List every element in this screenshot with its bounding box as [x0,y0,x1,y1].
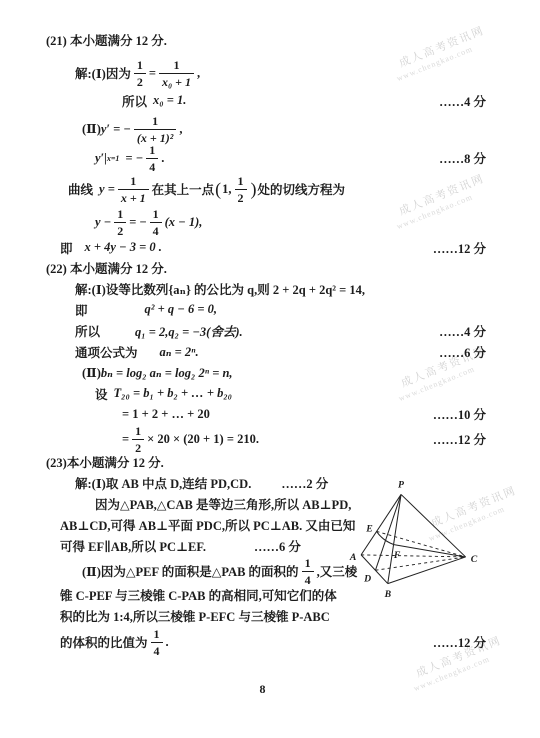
p21-l6-d: 1, [222,182,231,197]
p22-line-8: = 12 × 20 × (20 + 1) = 210. ……12 分 [122,426,486,452]
page-number: 8 [0,682,525,697]
p22-l2-text: 解:(Ⅰ)设等比数列{aₙ} 的公比为 q,则 2 + 2q + 2q² = 1… [75,280,365,298]
p21-l7-pre: y − [95,215,111,230]
score-marker-6: ……6 分 [439,343,486,361]
fraction: 12 [235,175,247,204]
p22-l7-label: 设 [95,385,108,403]
score-marker-8: ……8 分 [439,149,486,167]
p21-l2-post: , [197,66,200,81]
p22-l9-post: × 20 × (20 + 1) = 210. [147,432,259,447]
open-paren: ( [214,180,222,198]
score-marker-10: ……10 分 [433,405,486,423]
p21-l6-c: 在其上一点 [152,180,215,198]
figure-label-P: P [398,479,404,490]
p21-line-4: y′|x=1 = − 14 . ……8 分 [95,144,486,172]
fraction: 14 [302,557,314,586]
fraction: 14 [146,144,158,173]
fraction: 12 [134,59,146,88]
fraction-denominator: x₀ + 1 [159,73,194,88]
p22-line-4: 通项公式为 aₙ = 2ⁿ. ……6 分 [75,341,486,362]
fraction: 1x₀ + 1 [159,59,194,88]
p23-l5-text: 可得 EF∥AB,所以 PC⊥EF. [60,537,206,555]
score-marker-4: ……4 分 [439,322,486,340]
p22-line-5: (Ⅱ) bₙ = log₂ aₙ = log₂ 2ⁿ = n, [82,362,486,383]
p21-l2-mid: = [149,66,156,81]
p22-l8-math: = 1 + 2 + … + 20 [122,407,210,422]
p22-line-3: 所以 q₁ = 2,q₂ = −3(舍去). ……4 分 [75,320,486,341]
figure-label-C: C [471,554,478,565]
score-marker-2: ……2 分 [281,474,328,492]
fraction: 14 [151,628,163,657]
score-marker-12: ……12 分 [433,633,486,651]
fraction: 14 [150,208,162,237]
p22-line-1: 解:(Ⅰ)设等比数列{aₙ} 的公比为 q,则 2 + 2q + 2q² = 1… [75,278,486,299]
p23-l7-text: 锥 C-PEF 与三棱锥 C-PAB 的高相同,可知它们的体 [60,586,337,604]
p23-l9-pre: 的体积的比值为 [60,633,148,651]
tetrahedron-hidden-edges [361,531,466,570]
fraction: 1(x + 1)² [134,115,176,144]
p23-l2-text: 解:(Ⅰ)取 AB 中点 D,连结 PD,CD. [75,474,251,492]
fraction-numerator: 1 [134,59,146,73]
p22-l6-label: (Ⅱ) [82,365,101,381]
fraction-denominator: 2 [235,189,247,204]
p22-l4-math: q₁ = 2,q₂ = −3(舍去). [135,322,243,340]
p21-l4-post: , [179,122,182,137]
p22-l5-math: aₙ = 2ⁿ. [160,344,199,360]
p21-line-3: (Ⅱ) y′ = − 1(x + 1)² , [82,114,486,144]
p21-l6-b: y = [99,182,115,197]
tetrahedron-figure: P A B C D E F [342,476,497,601]
score-marker-6: ……6 分 [254,537,301,555]
fraction-denominator: 2 [132,439,144,454]
fraction: 12 [132,425,144,454]
fraction-numerator: 1 [132,425,144,439]
p21-l3-label: 所以 [122,92,147,110]
figure-label-F: F [393,550,401,561]
close-paren: ) [250,180,258,198]
figure-label-E: E [365,523,373,534]
p21-l4-label: (Ⅱ) [82,121,101,137]
p21-l6-e: 处的切线方程为 [258,180,346,198]
p21-l7-post: (x − 1), [165,215,203,230]
p21-header: (21) 本小题满分 12 分. [46,30,486,50]
p21-l6-a: 曲线 [68,180,93,198]
p21-line-1: 解:(Ⅰ)因为 12 = 1x₀ + 1 , [75,56,486,90]
fraction: 12 [114,208,126,237]
fraction-numerator: 1 [150,208,162,222]
figure-label-D: D [363,574,371,585]
p21-l5-pre: y′| [95,151,107,166]
score-marker-4: ……4 分 [439,92,486,110]
p22-line-6: 设 T₂₀ = b₁ + b₂ + … + b₂₀ [95,383,486,404]
p22-l6-math: bₙ = log₂ aₙ = log₂ 2ⁿ = n, [101,365,233,381]
p21-l5-post: . [161,151,164,166]
score-marker-12: ……12 分 [433,239,486,257]
figure-label-B: B [384,589,392,600]
p21-line-2: 所以 x₀ = 1. ……4 分 [122,90,486,111]
fraction-denominator: x + 1 [118,189,149,204]
p22-l4-label: 所以 [75,322,100,340]
fraction-denominator: 4 [302,571,314,586]
p23-l4-text: AB⊥CD,可得 AB⊥平面 PDC,所以 PC⊥AB. 又由已知 [60,516,355,534]
document-page: 成人高考资讯网 www.chengkao.com 成人高考资讯网 www.che… [0,0,540,738]
fraction-numerator: 1 [302,557,314,571]
fraction-denominator: 4 [151,642,163,657]
fraction: 1x + 1 [118,175,149,204]
fraction-numerator: 1 [149,115,161,129]
p21-l4-pre: y′ = − [101,122,131,137]
p22-l5-label: 通项公式为 [75,343,138,361]
p21-l3-math: x₀ = 1. [153,93,186,108]
p23-l3-text: 因为△PAB,△CAB 是等边三角形,所以 AB⊥PD, [95,495,351,513]
p22-l7-math: T₂₀ = b₁ + b₂ + … + b₂₀ [114,386,233,401]
fraction-numerator: 1 [146,144,158,158]
fraction-denominator: 2 [134,73,146,88]
p21-title: (21) 本小题满分 12 分. [46,31,167,49]
p23-line-7: 积的比为 1:4,所以三棱锥 P-EFC 与三棱锥 P-ABC [60,605,486,626]
p21-line-7: 即 x + 4y − 3 = 0 . ……12 分 [60,237,486,258]
fraction-numerator: 1 [127,175,139,189]
p23-line-8: 的体积的比值为 14 . ……12 分 [60,629,486,655]
p23-l8-text: 积的比为 1:4,所以三棱锥 P-EFC 与三棱锥 P-ABC [60,607,330,625]
p22-line-2: 即 q² + q − 6 = 0, [75,299,486,320]
fraction-numerator: 1 [151,628,163,642]
p23-title: (23)本小题满分 12 分. [46,453,164,471]
p22-l9-pre: = [122,432,129,447]
p22-l3-math: q² + q − 6 = 0, [145,302,217,317]
p22-l3-label: 即 [75,301,88,319]
fraction-numerator: 1 [170,59,182,73]
fraction-numerator: 1 [235,175,247,189]
fraction-denominator: 4 [146,158,158,173]
score-marker-12: ……12 分 [433,430,486,448]
p21-line-5: 曲线 y = 1x + 1 在其上一点 ( 1, 12 ) 处的切线方程为 [68,174,486,204]
p21-l8-label: 即 [60,239,73,257]
p21-l5-mid: = − [125,151,143,166]
p23-l6-pre: (Ⅱ)因为△PEF 的面积是△PAB 的面积的 [82,562,299,580]
p22-title: (22) 本小题满分 12 分. [46,259,167,277]
fraction-numerator: 1 [114,208,126,222]
figure-label-A: A [349,552,357,563]
p22-header: (22) 本小题满分 12 分. [46,258,486,278]
p22-line-7: = 1 + 2 + … + 20 ……10 分 [122,404,486,424]
p23-header: (23)本小题满分 12 分. [46,452,486,472]
p21-line-6: y − 12 = − 14 (x − 1), [95,207,486,237]
p21-l8-math: x + 4y − 3 = 0 . [85,240,162,255]
p23-l9-post: . [166,635,169,650]
fraction-denominator: 2 [114,222,126,237]
fraction-denominator: (x + 1)² [134,129,176,144]
fraction-denominator: 4 [150,222,162,237]
p21-l2-pre: 解:(Ⅰ)因为 [75,64,131,82]
p21-l5-subscript: x=1 [107,154,120,163]
p21-l7-mid: = − [129,215,146,230]
